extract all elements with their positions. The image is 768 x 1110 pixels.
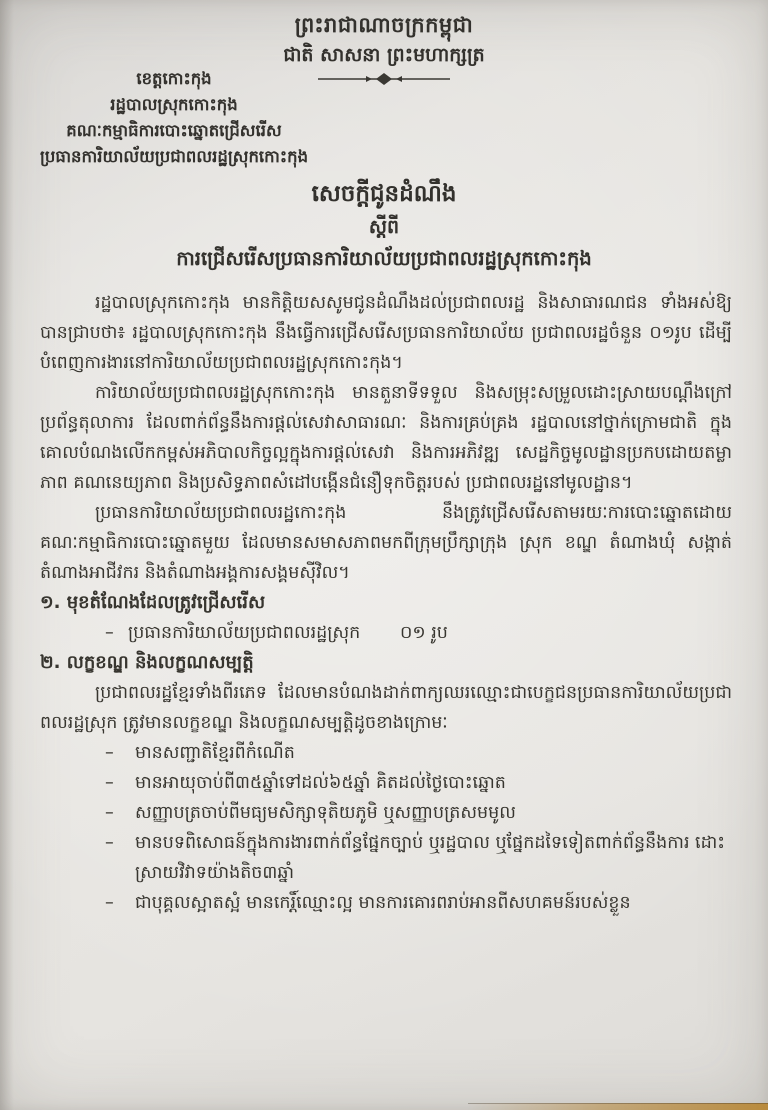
paragraph-office-role: ការិយាល័យប្រជាពលរដ្ឋស្រុកកោះកុង មានតួនាទ… (40, 378, 732, 498)
document-subject-line: ការជ្រើសរើសប្រធានការិយាល័យប្រជាពលរដ្ឋស្រ… (0, 245, 768, 273)
paragraph-announcement: រដ្ឋបាលស្រុកកោះកុង មានកិត្តិយសសូមជូនដំណឹ… (40, 288, 732, 378)
dash-marker: – (105, 768, 114, 798)
issuer-line-selection-committee: គណៈកម្មាធិការបោះឆ្នោតជ្រើសរើស (0, 118, 348, 144)
dash-marker: – (105, 828, 114, 858)
section-2-heading: ២. លក្ខខណ្ឌ និងលក្ខណសម្បត្តិ (40, 648, 732, 678)
list-item: – មានបទពិសោធន៍ក្នុងការងារពាក់ព័ន្ធផ្នែកច… (40, 828, 732, 888)
list-item: – ជាបុគ្គលស្អាតស្អំ មានកេរ្តិ៍ឈ្មោះល្អ ម… (40, 888, 732, 918)
qualification-nationality: មានសញ្ជាតិខ្មែរពីកំណើត (135, 743, 295, 763)
document-subtitle-regarding: ស្តីពី (0, 213, 768, 241)
list-item: – មានសញ្ជាតិខ្មែរពីកំណើត (40, 738, 732, 768)
qualification-education: សញ្ញាបត្រចាប់ពីមធ្យមសិក្សាទុតិយភូមិ ឬសញ្… (135, 803, 516, 823)
qualification-reputation: ជាបុគ្គលស្អាតស្អំ មានកេរ្តិ៍ឈ្មោះល្អ មាន… (135, 893, 631, 913)
dash-marker: – (105, 738, 114, 768)
qualification-list: – មានសញ្ជាតិខ្មែរពីកំណើត – មានអាយុចាប់ពី… (40, 738, 732, 918)
position-item-label: ប្រធានការិយាល័យប្រជាពលរដ្ឋស្រុក (128, 618, 360, 648)
kingdom-title: ព្រះរាជាណាចក្រកម្ពុជា (0, 10, 768, 40)
national-motto: ជាតិ សាសនា ព្រះមហាក្សត្រ (0, 41, 768, 69)
dash-marker: – (105, 888, 114, 918)
document-title: សេចក្តីជូនដំណឹង (0, 178, 768, 210)
dash-marker: – (105, 798, 114, 828)
issuer-line-province: ខេត្តកោះកុង (0, 66, 348, 92)
list-item: – មានអាយុចាប់ពី៣៥ឆ្នាំទៅដល់៦៥ឆ្នាំ គិតដល… (40, 768, 732, 798)
qualification-age: មានអាយុចាប់ពី៣៥ឆ្នាំទៅដល់៦៥ឆ្នាំ គិតដល់ថ… (135, 773, 506, 793)
document-body: រដ្ឋបាលស្រុកកោះកុង មានកិត្តិយសសូមជូនដំណឹ… (40, 288, 732, 918)
position-item-count: ០១ រូប (400, 618, 448, 648)
scanned-document-page: ព្រះរាជាណាចក្រកម្ពុជា ជាតិ សាសនា ព្រះមហា… (0, 0, 768, 1110)
paragraph-election-process: ប្រធានការិយាល័យប្រជាពលរដ្ឋកោះកុង នឹងត្រូ… (40, 498, 732, 588)
issuing-authority-block: ខេត្តកោះកុង រដ្ឋបាលស្រុកកោះកុង គណៈកម្មាធ… (0, 66, 348, 170)
photo-bottom-edge (468, 1103, 768, 1110)
list-item: – សញ្ញាបត្រចាប់ពីមធ្យមសិក្សាទុតិយភូមិ ឬស… (40, 798, 732, 828)
qualification-experience: មានបទពិសោធន៍ក្នុងការងារពាក់ព័ន្ធផ្នែកច្ប… (135, 833, 725, 883)
position-item-row: – ប្រធានការិយាល័យប្រជាពលរដ្ឋស្រុក ០១ រូប (40, 618, 732, 648)
paragraph-conditions-intro: ប្រជាពលរដ្ឋខ្មែរទាំងពីរភេទ ដែលមានបំណងដាក… (40, 678, 732, 738)
section-1-heading: ១. មុខតំណែងដែលត្រូវជ្រើសរើស (40, 588, 732, 618)
issuer-line-district-administration: រដ្ឋបាលស្រុកកោះកុង (0, 92, 348, 118)
document-title-block: សេចក្តីជូនដំណឹង ស្តីពី ការជ្រើសរើសប្រធាន… (0, 178, 768, 273)
issuer-line-office-chief: ប្រធានការិយាល័យប្រជាពលរដ្ឋស្រុកកោះកុង (0, 144, 348, 170)
dash-marker: – (105, 618, 114, 648)
